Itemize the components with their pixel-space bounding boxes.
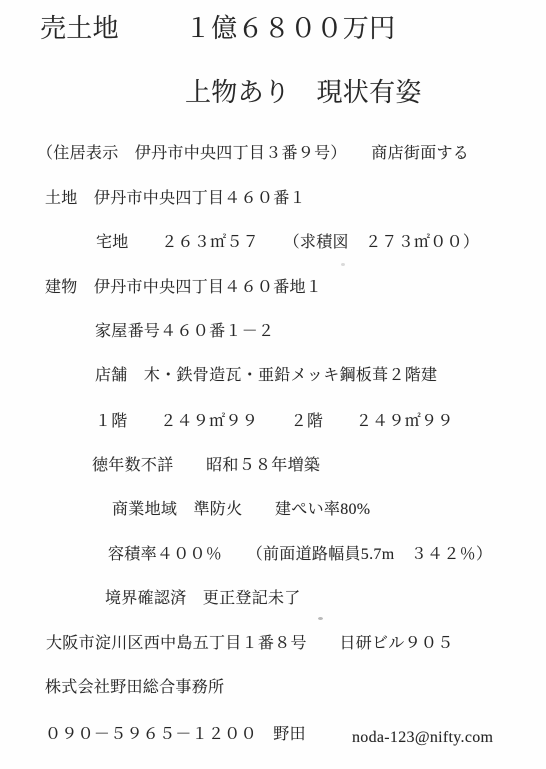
company-name: 株式会社野田総合事務所 [45, 679, 224, 697]
building-age: 徳年数不詳 昭和５８年増築 [92, 457, 320, 475]
building-parcel: 建物 伊丹市中央四丁目４６０番地１ [45, 279, 322, 297]
scan-speck [318, 617, 323, 620]
house-number: 家屋番号４６０番１－２ [95, 323, 274, 341]
phone-number: ０９０－５９６５－１２００ 野田 [45, 726, 306, 744]
address-note: （住居表示 伊丹市中央四丁目３番９号） 商店街面する [37, 145, 469, 163]
listing-type: 売土地 [40, 14, 119, 44]
scan-speck [341, 263, 345, 266]
floor-areas: １階 ２４９㎡９９ ２階 ２４９㎡９９ [95, 413, 454, 431]
email-address: noda-123@nifty.com [352, 729, 493, 747]
condition: 上物あり 現状有姿 [185, 78, 422, 108]
building-structure: 店舗 木・鉄骨造瓦・亜鉛メッキ鋼板葺２階建 [95, 367, 437, 385]
zoning: 商業地域 準防火 建ぺい率80% [112, 501, 370, 519]
land-parcel: 土地 伊丹市中央四丁目４６０番１ [45, 190, 306, 208]
price: １億６８００万円 [185, 14, 395, 44]
scanned-flyer: 売土地 １億６８００万円 上物あり 現状有姿 （住居表示 伊丹市中央四丁目３番９… [0, 0, 546, 769]
boundary-status: 境界確認済 更正登記未了 [105, 590, 301, 608]
land-area: 宅地 ２６３㎡５７ （求積図 ２７３㎡００） [96, 234, 479, 252]
office-address: 大阪市淀川区西中島五丁目１番８号 日研ビル９０５ [46, 635, 454, 653]
floor-area-ratio: 容積率４００％ （前面道路幅員5.7m ３４２％） [108, 546, 492, 564]
